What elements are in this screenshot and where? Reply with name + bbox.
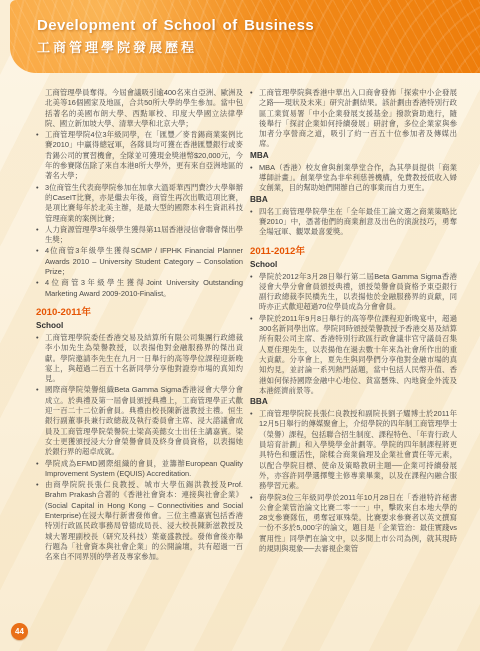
bullet-item: •4位商管3年級學生獲得SCMP / IFPHK Financial Plann… (36, 246, 243, 277)
bullet-text: 3位商管生代表商學院參加在加拿大溫哥華西門費沙大學舉辦的CaseIT比賽，亦是繼… (45, 183, 243, 224)
bullet-item: •MBA（香港）校友會與創業學堂合作，為其學員提供「商業導師計畫」。創業學堂為非… (250, 163, 457, 194)
bullet-marker: • (36, 278, 45, 299)
bullet-text: MBA（香港）校友會與創業學堂合作，為其學員提供「商業導師計畫」。創業學堂為非牟… (259, 163, 457, 194)
year-heading: 2010-2011年 (36, 307, 243, 318)
bullet-text: 4位商管3年級學生獲得SCMP / IFPHK Financial Planne… (45, 246, 243, 277)
bullet-marker: • (36, 459, 45, 480)
bullet-item: •學院於2011年9月8日舉行的高等學位課程迎新晚宴中，超過300名新同學出席。… (250, 314, 457, 396)
header-banner: Development of School of Business 工商管理學院… (10, 0, 480, 73)
bullet-item: •工商管理學院委任香港交易及結算所有限公司集團行政總裁李小加先生為榮譽教授，以表… (36, 333, 243, 384)
bullet-item: •商學院3位三年級同學於2011年10月28日在「香港特許秘書公會企業管治論文比… (250, 493, 457, 555)
bullet-item: •工商管理學院4位3年級同學，在「匯豐／麥肯錫商業案例比賽2010」中贏得總冠軍… (36, 130, 243, 181)
bullet-text: 國際商學院榮譽組織Beta Gamma Sigma香港浸會大學分會成立。於典禮及… (45, 385, 243, 457)
bullet-text: 商學院3位三年級同學於2011年10月28日在「香港特許秘書公會企業管治論文比賽… (259, 493, 457, 555)
bullet-text: 學院於2011年9月8日舉行的高等學位課程迎新晚宴中，超過300名新同學出席。學… (259, 314, 457, 396)
right-column: •工商管理學院與香港中華出入口商會發佈「探索中小企發展之路──現狀及未來」研究計… (250, 88, 457, 555)
bullet-marker: • (250, 409, 259, 491)
bullet-item: •工商管理學院院長張仁良教授和副院長劉子耀博士於2011年12月5日舉行的傳媒聚… (250, 409, 457, 491)
page-number: 44 (11, 623, 28, 640)
bullet-text: 工商管理學院與香港中華出入口商會發佈「探索中小企發展之路──現狀及未來」研究計劃… (259, 88, 457, 150)
bullet-text: 四名工商管理學院學生在「全年最佳工論文選之商業策略比賽2010」中，憑著他們的商… (259, 207, 457, 238)
bullet-item: •由商學院院長張仁良教授、城市大學伍錫洪教授及Prof. Brahm Praka… (36, 480, 243, 562)
header-title-zh: 工商管理學院發展歷程 (37, 37, 197, 56)
left-column: 工商管理學員奪得。今屆會議吸引逾400名來自亞洲、歐洲及北美等16個國家及地區，… (36, 88, 243, 563)
bullet-item: •工商管理學院與香港中華出入口商會發佈「探索中小企發展之路──現狀及未來」研究計… (250, 88, 457, 150)
bullet-text: 人力資源管理學3年級學生獲得第11屆香港浸信會聯會傑出學生獎； (45, 225, 243, 246)
bullet-item: •人力資源管理學3年級學生獲得第11屆香港浸信會聯會傑出學生獎； (36, 225, 243, 246)
paragraph: 工商管理學員奪得。今屆會議吸引逾400名來自亞洲、歐洲及北美等16個國家及地區，… (36, 88, 243, 129)
bullet-text: 工商管理學院院長張仁良教授和副院長劉子耀博士於2011年12月5日舉行的傳媒聚會… (259, 409, 457, 491)
bullet-item: •3位商管生代表商學院參加在加拿大溫哥華西門費沙大學舉辦的CaseIT比賽，亦是… (36, 183, 243, 224)
bullet-marker: • (250, 314, 259, 396)
bullet-item: •學院於2012年3月28日舉行第二屆Beta Gamma Sigma香港浸會大… (250, 272, 457, 313)
bullet-text: 工商管理學院委任香港交易及結算所有限公司集團行政總裁李小加先生為榮譽教授，以表揚… (45, 333, 243, 384)
bullet-item: •4位商管3年級學生獲得Joint University Outstanding… (36, 278, 243, 299)
bullet-marker: • (250, 493, 259, 555)
year-heading: 2011-2012年 (250, 246, 457, 257)
bullet-text: 工商管理學院4位3年級同學，在「匯豐／麥肯錫商業案例比賽2010」中贏得總冠軍，… (45, 130, 243, 181)
bullet-marker: • (36, 385, 45, 457)
bullet-item: •國際商學院榮譽組織Beta Gamma Sigma香港浸會大學分會成立。於典禮… (36, 385, 243, 457)
sub-heading: BBA (250, 195, 457, 205)
sub-heading: MBA (250, 151, 457, 161)
bullet-item: •四名工商管理學院學生在「全年最佳工論文選之商業策略比賽2010」中，憑著他們的… (250, 207, 457, 238)
header-title-en: Development of School of Business (37, 17, 314, 34)
bullet-marker: • (250, 88, 259, 150)
bullet-marker: • (250, 163, 259, 194)
bullet-marker: • (36, 480, 45, 562)
bullet-text: 由商學院院長張仁良教授、城市大學伍錫洪教授及Prof. Brahm Prakas… (45, 480, 243, 562)
bullet-marker: • (250, 207, 259, 238)
sub-heading: BBA (250, 397, 457, 407)
document-page: Development of School of Business 工商管理學院… (0, 0, 480, 651)
bullet-text: 學院於2012年3月28日舉行第二屆Beta Gamma Sigma香港浸會大學… (259, 272, 457, 313)
bullet-marker: • (36, 246, 45, 277)
sub-heading: School (36, 321, 243, 331)
bullet-marker: • (36, 333, 45, 384)
bullet-marker: • (36, 130, 45, 181)
sub-heading: School (250, 260, 457, 270)
bullet-text: 學院成為EFMD國際組織的會員，並籌辦European Quality Impr… (45, 459, 243, 480)
bullet-text: 4位商管3年級學生獲得Joint University Outstanding … (45, 278, 243, 299)
bullet-item: •學院成為EFMD國際組織的會員，並籌辦European Quality Imp… (36, 459, 243, 480)
bullet-marker: • (250, 272, 259, 313)
bullet-marker: • (36, 183, 45, 224)
bullet-marker: • (36, 225, 45, 246)
